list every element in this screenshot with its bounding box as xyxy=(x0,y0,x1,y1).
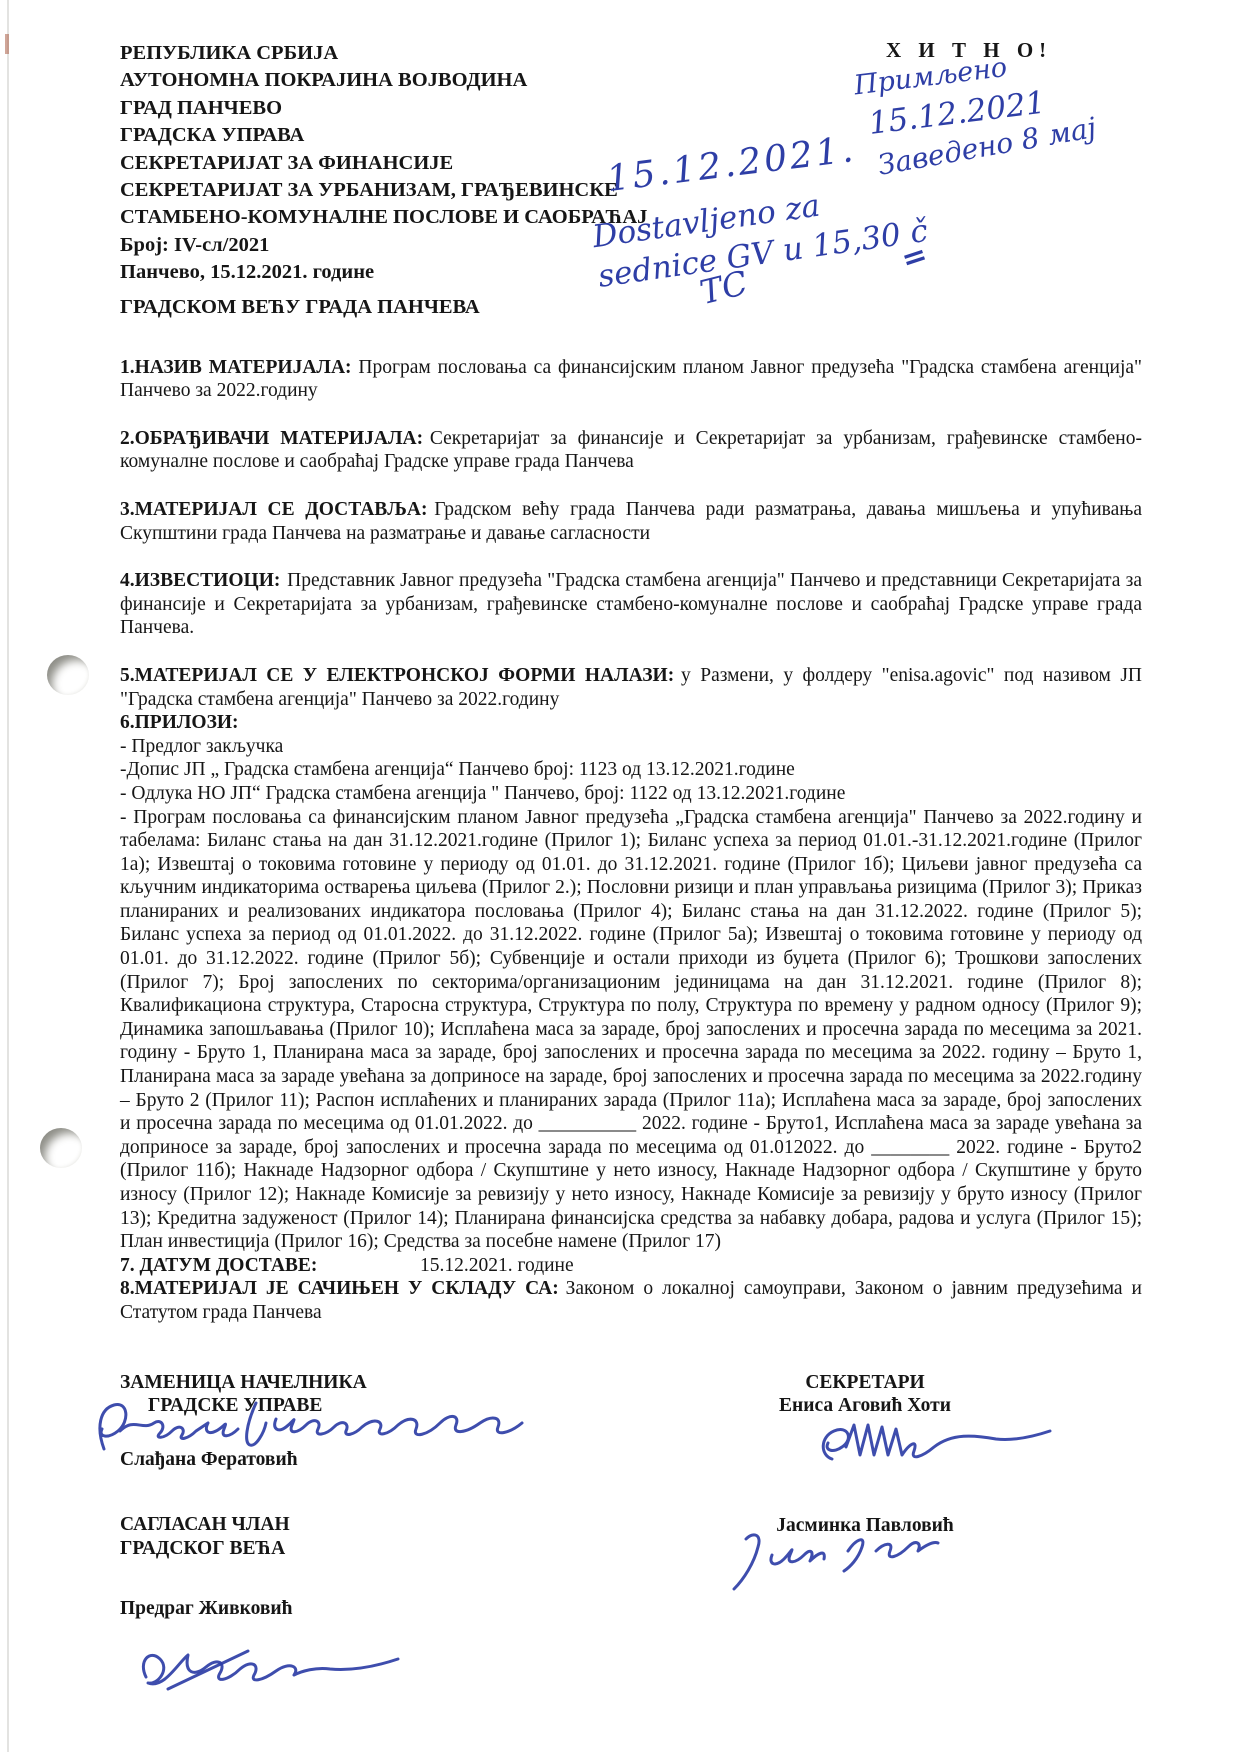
hole-punch-bottom xyxy=(40,1128,82,1168)
letterhead-line-republic: РЕПУБЛИКА СРБИЈА xyxy=(120,40,647,67)
council-member-name: Предраг Живковић xyxy=(120,1597,600,1621)
attachment-item-4-program: - Програм пословања са финансијским план… xyxy=(120,806,1142,1254)
secretary-name-1: Ениса Аговић Хоти xyxy=(700,1394,1030,1418)
signature-block-left: ЗАМЕНИЦА НАЧЕЛНИКА ГРАДСКЕ УПРАВЕ Слађан… xyxy=(120,1371,600,1711)
section-2-processors: 2.ОБРАЂИВАЧИ МАТЕРИЈАЛА:Секретаријат за … xyxy=(120,427,1142,474)
attachment-item-1: - Предлог закључка xyxy=(120,735,1142,759)
scan-edge-mark xyxy=(5,34,9,54)
letterhead-line-urbanism-secretariat: СЕКРЕТАРИЈАТ ЗА УРБАНИЗАМ, ГРАЂЕВИНСКЕ xyxy=(120,177,647,204)
section-4-label: 4.ИЗВЕСТИОЦИ: xyxy=(120,570,280,591)
secretary-name-2: Јасминка Павловић xyxy=(700,1514,1030,1538)
letterhead-line-utilities: СТАМБЕНО-КОМУНАЛНЕ ПОСЛОВЕ И САОБРАЋАЈ xyxy=(120,204,647,231)
signature-block-right: СЕКРЕТАРИ Ениса Аговић Хоти Јасминка Пав… xyxy=(700,1371,1030,1711)
signature-area: ЗАМЕНИЦА НАЧЕЛНИКА ГРАДСКЕ УПРАВЕ Слађан… xyxy=(120,1371,1142,1711)
section-1-label: 1.НАЗИВ МАТЕРИЈАЛА: xyxy=(120,357,352,378)
letterhead-line-city: ГРАД ПАНЧЕВО xyxy=(120,95,647,122)
council-member-signature xyxy=(130,1633,430,1703)
section-1-title-of-material: 1.НАЗИВ МАТЕРИЈАЛА:Програм пословања са … xyxy=(120,356,1142,403)
council-member-title-line-1: САГЛАСАН ЧЛАН xyxy=(120,1513,600,1537)
addressee-line: ГРАДСКОМ ВЕЋУ ГРАДА ПАНЧЕВА xyxy=(120,296,1142,320)
section-2-label: 2.ОБРАЂИВАЧИ МАТЕРИЈАЛА: xyxy=(120,428,423,449)
document-body: ГРАДСКОМ ВЕЋУ ГРАДА ПАНЧЕВА 1.НАЗИВ МАТЕ… xyxy=(120,296,1142,1711)
section-5-label: 5.МАТЕРИЈАЛ СЕ У ЕЛЕКТРОНСКОЈ ФОРМИ НАЛА… xyxy=(120,665,674,686)
attachment-item-3: - Одлука НО ЈП“ Градска стамбена агенциј… xyxy=(120,782,1142,806)
section-3-delivered-to: 3.МАТЕРИЈАЛ СЕ ДОСТАВЉА:Градском већу гр… xyxy=(120,498,1142,545)
letterhead-line-province: АУТОНОМНА ПОКРАЈИНА ВОЈВОДИНА xyxy=(120,67,647,94)
section-7-text: 15.12.2021. године xyxy=(420,1255,574,1276)
hole-punch-top xyxy=(47,655,89,695)
section-5-electronic-form: 5.МАТЕРИЈАЛ СЕ У ЕЛЕКТРОНСКОЈ ФОРМИ НАЛА… xyxy=(120,664,1142,711)
secretaries-title: СЕКРЕТАРИ xyxy=(700,1371,1030,1395)
secretary-1-signature xyxy=(810,1411,1070,1481)
letterhead-line-finance-secretariat: СЕКРЕТАРИЈАТ ЗА ФИНАНСИЈЕ xyxy=(120,150,647,177)
section-8-legal-basis: 8.МАТЕРИЈАЛ ЈЕ САЧИЊЕН У СКЛАДУ СА:Закон… xyxy=(120,1277,1142,1324)
document-page: Х И Т Н О! РЕПУБЛИКА СРБИЈА АУТОНОМНА ПО… xyxy=(0,0,1240,1752)
letterhead: РЕПУБЛИКА СРБИЈА АУТОНОМНА ПОКРАЈИНА ВОЈ… xyxy=(120,40,647,287)
section-8-label: 8.МАТЕРИЈАЛ ЈЕ САЧИЊЕН У СКЛАДУ СА: xyxy=(120,1278,559,1299)
deputy-title-line-1: ЗАМЕНИЦА НАЧЕЛНИКА xyxy=(120,1371,600,1395)
letterhead-place-date: Панчево, 15.12.2021. године xyxy=(120,259,647,286)
section-6-attachments-label: 6.ПРИЛОЗИ: xyxy=(120,711,1142,735)
section-7-label: 7. ДАТУМ ДОСТАВЕ: xyxy=(120,1254,420,1278)
letterhead-line-administration: ГРАДСКА УПРАВА xyxy=(120,122,647,149)
letterhead-number: Број: IV-сл/2021 xyxy=(120,232,647,259)
section-4-rapporteurs: 4.ИЗВЕСТИОЦИ:Представник Јавног предузећ… xyxy=(120,569,1142,640)
scan-edge-line xyxy=(7,0,9,1752)
section-3-label: 3.МАТЕРИЈАЛ СЕ ДОСТАВЉА: xyxy=(120,499,427,520)
deputy-name: Слађана Фератовић xyxy=(120,1448,600,1472)
section-7-delivery-date: 7. ДАТУМ ДОСТАВЕ:15.12.2021. године xyxy=(120,1254,1142,1278)
council-member-title-line-2: ГРАДСКОГ ВЕЋА xyxy=(120,1537,600,1561)
deputy-title-line-2: ГРАДСКЕ УПРАВЕ xyxy=(120,1394,600,1418)
attachment-item-2: -Допис ЈП „ Градска стамбена агенција“ П… xyxy=(120,758,1142,782)
